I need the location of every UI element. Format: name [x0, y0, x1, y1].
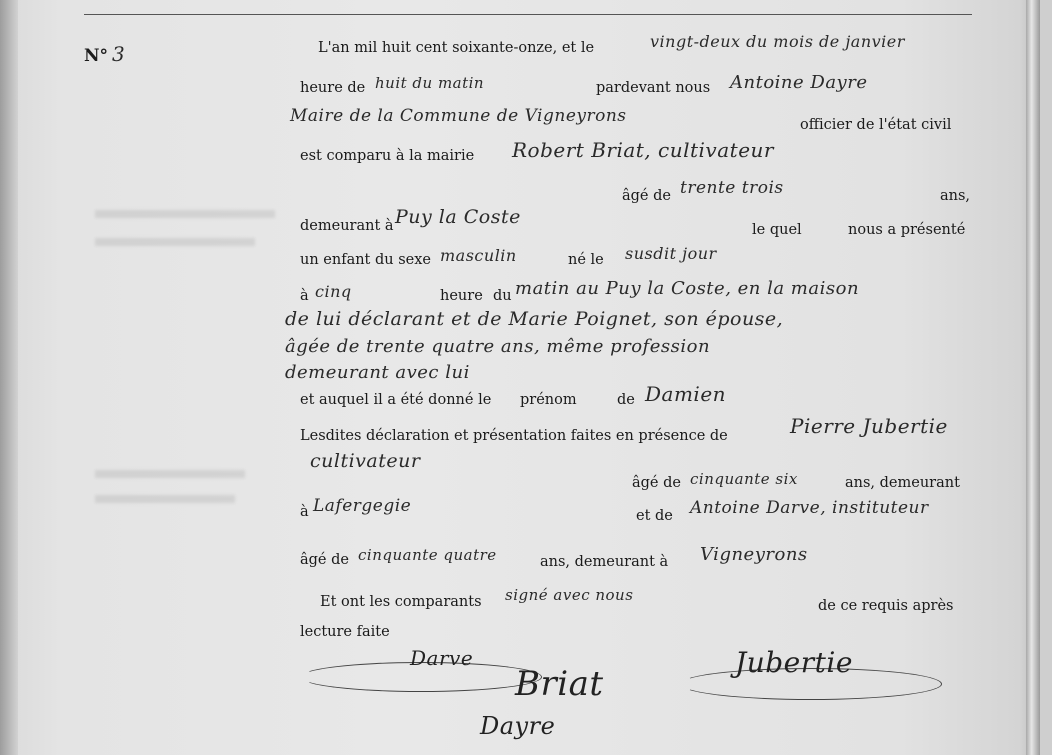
- printed-sexe: un enfant du sexe: [300, 252, 431, 268]
- printed-demeurant: demeurant à: [300, 218, 394, 234]
- printed-age-de: âgé de: [622, 188, 671, 204]
- printed-w1-demeurant: ans, demeurant: [845, 475, 960, 491]
- hw-witness1-job: cultivateur: [310, 450, 420, 472]
- printed-ans: ans,: [940, 188, 970, 204]
- printed-comparu: est comparu à la mairie: [300, 148, 474, 164]
- hw-mother-line-1: de lui déclarant et de Marie Poignet, so…: [285, 308, 783, 330]
- hw-mother-line-3: demeurant avec lui: [285, 362, 470, 383]
- top-rule: [84, 14, 972, 15]
- hw-declarant-residence: Puy la Coste: [395, 206, 521, 228]
- signature-briat: Briat: [515, 664, 604, 704]
- hw-declarant: Robert Briat, cultivateur: [512, 138, 774, 162]
- printed-w1-age-de: âgé de: [632, 475, 681, 491]
- printed-lecture: lecture faite: [300, 624, 390, 640]
- printed-ce-requis: de ce requis après: [818, 598, 953, 614]
- page-edge: [1026, 0, 1040, 755]
- printed-prenom: prénom: [520, 392, 577, 408]
- bleed-through: [95, 470, 245, 478]
- printed-a: à: [300, 288, 309, 304]
- hw-witness1-residence: Lafergegie: [313, 496, 411, 516]
- hw-birth-place: matin au Puy la Coste, en la maison: [515, 278, 859, 299]
- hw-mayor: Antoine Dayre: [730, 72, 867, 93]
- hw-given-name: Damien: [645, 382, 726, 406]
- printed-line-1: L'an mil huit cent soixante-onze, et le: [318, 40, 594, 56]
- entry-number: N°3: [84, 42, 125, 66]
- entry-number-label: N°: [84, 46, 108, 66]
- hw-sex: masculin: [440, 246, 517, 265]
- hw-declarant-age: trente trois: [680, 178, 784, 198]
- bleed-through: [95, 495, 235, 503]
- printed-pardevant: pardevant nous: [596, 80, 710, 96]
- printed-w2-age-de: âgé de: [300, 552, 349, 568]
- hw-birth-hour: cinq: [315, 282, 352, 301]
- signature-dayre: Dayre: [480, 712, 555, 740]
- entry-number-value: 3: [112, 42, 125, 66]
- printed-officier: officier de l'état civil: [800, 117, 951, 133]
- signature-darve: Darve: [410, 646, 473, 670]
- printed-et-de: et de: [636, 508, 673, 524]
- printed-auquel: et auquel il a été donné le: [300, 392, 491, 408]
- hw-signed: signé avec nous: [505, 586, 633, 604]
- printed-heure: heure: [440, 288, 483, 304]
- binding-margin: [0, 0, 18, 755]
- printed-lequel: le quel: [752, 222, 802, 238]
- hw-witness2-age: cinquante quatre: [358, 546, 497, 564]
- signature-jubertie: Jubertie: [735, 646, 853, 679]
- printed-w2-demeurant: ans, demeurant à: [540, 554, 668, 570]
- printed-ne-le: né le: [568, 252, 604, 268]
- register-page: N°3 L'an mil huit cent soixante-onze, et…: [0, 0, 1040, 755]
- hw-birth-date: susdit jour: [625, 244, 717, 263]
- hw-hour: huit du matin: [375, 74, 484, 92]
- hw-mayor-title: Maire de la Commune de Vigneyrons: [290, 106, 627, 126]
- printed-lesdites: Lesdites déclaration et présentation fai…: [300, 428, 728, 444]
- printed-du: du: [493, 288, 512, 304]
- bleed-through: [95, 238, 255, 246]
- bleed-through: [95, 210, 275, 218]
- printed-w1-a: à: [300, 504, 309, 520]
- printed-de: de: [617, 392, 635, 408]
- printed-presente: nous a présenté: [848, 222, 965, 238]
- hw-witness2-name: Antoine Darve, instituteur: [690, 498, 929, 518]
- hw-witness1-name: Pierre Jubertie: [790, 414, 948, 438]
- printed-heure-de: heure de: [300, 80, 365, 96]
- hw-date: vingt-deux du mois de janvier: [650, 32, 905, 51]
- hw-witness2-residence: Vigneyrons: [700, 544, 808, 565]
- hw-mother-line-2: âgée de trente quatre ans, même professi…: [285, 336, 710, 357]
- printed-comparants: Et ont les comparants: [320, 594, 482, 610]
- hw-witness1-age: cinquante six: [690, 470, 798, 488]
